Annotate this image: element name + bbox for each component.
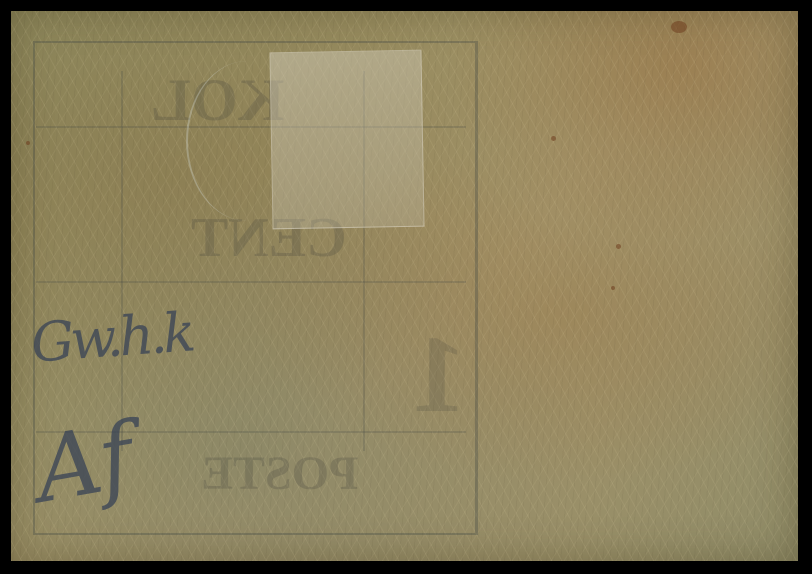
- pencil-notation-2: Af: [28, 403, 141, 523]
- stamp-hinge: [269, 50, 424, 230]
- photo-background: KOL CENT POSTE 1 Gw.h.k Af: [0, 0, 812, 574]
- stamp-back: KOL CENT POSTE 1 Gw.h.k Af: [11, 11, 798, 561]
- foxing-spot: [616, 244, 621, 249]
- show-through-numeral: 1: [411, 311, 466, 438]
- foxing-spot: [26, 141, 30, 145]
- pencil-notation-1: Gw.h.k: [29, 300, 194, 374]
- show-through-line: [36, 281, 466, 283]
- foxing-spot: [611, 286, 615, 290]
- foxing-spot: [671, 21, 687, 33]
- foxing-spot: [551, 136, 556, 141]
- show-through-bottom-text: POSTE: [201, 446, 358, 501]
